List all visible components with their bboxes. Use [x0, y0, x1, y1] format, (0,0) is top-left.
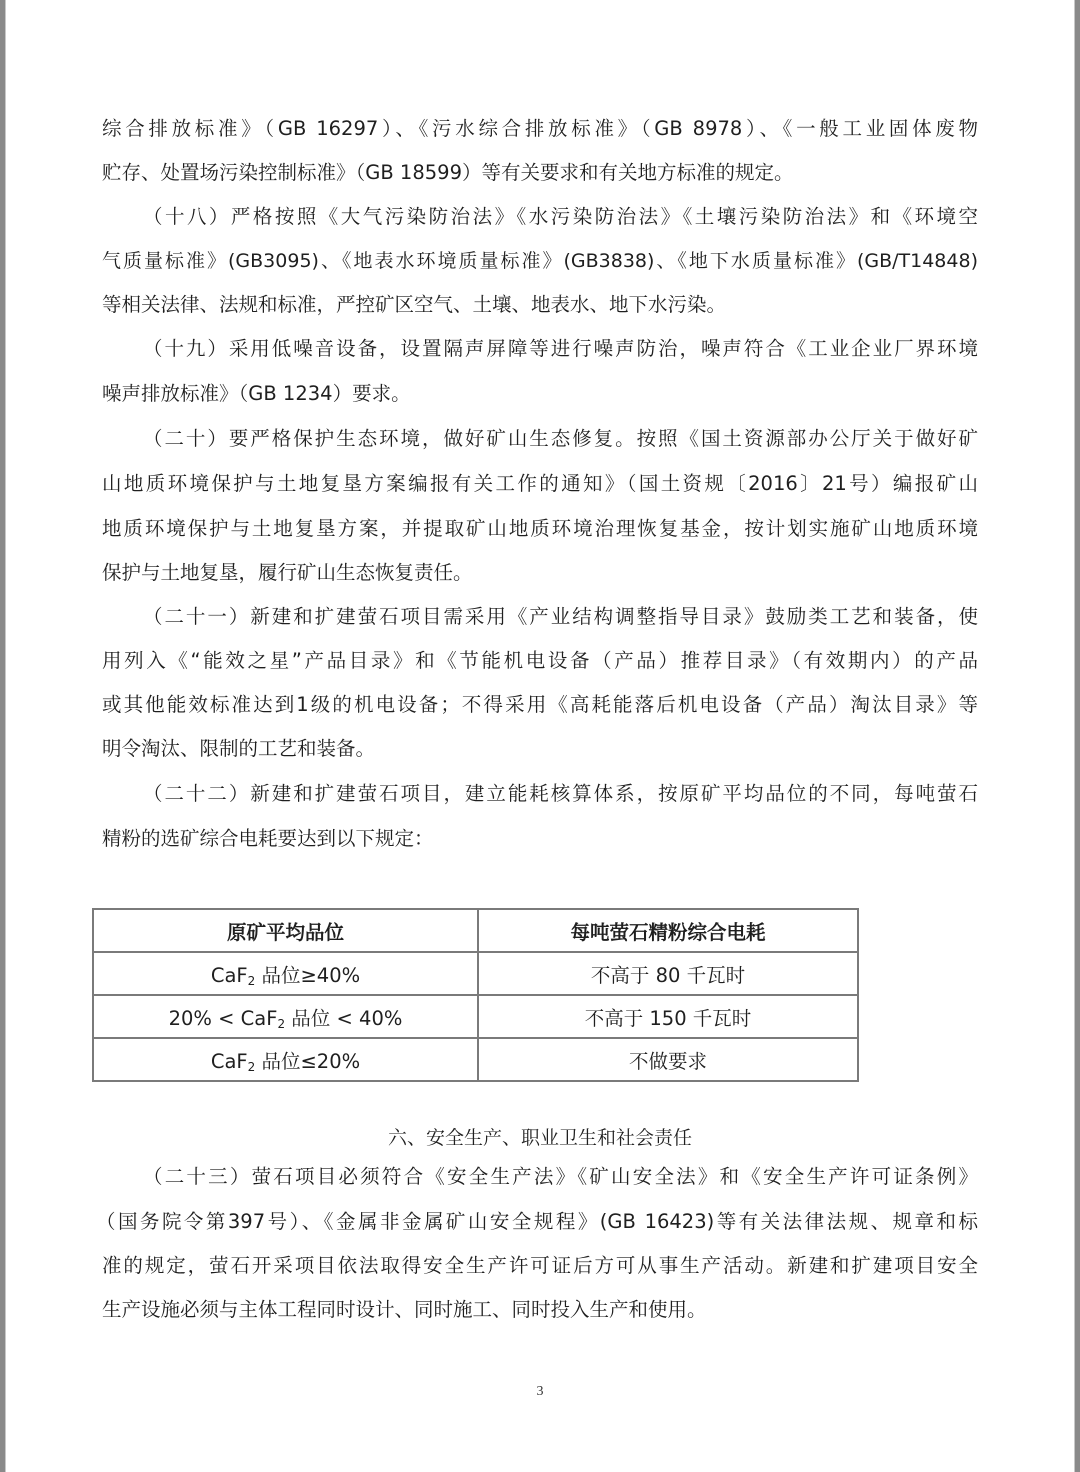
paragraph-22-line: （二十二）新建和扩建萤石项目，建立能耗核算体系，按原矿平均品位的不同，每吨萤石 [143, 779, 978, 809]
consumption-cell: 不高于 80 千瓦时 [478, 952, 858, 995]
text-line: 明令淘汰、限制的工艺和装备。 [102, 734, 978, 764]
section-title: 六、安全生产、职业卫生和社会责任 [102, 1123, 978, 1153]
text-line: （国务院令第397号）、《金属非金属矿山安全规程》(GB 16423)等有关法律… [96, 1207, 978, 1237]
page-number: 3 [0, 1384, 1080, 1400]
paragraph-19-line: （十九）采用低噪音设备，设置隔声屏障等进行噪声防治，噪声符合《工业企业厂界环境 [143, 334, 978, 364]
text-line: 贮存、处置场污染控制标准》（GB 18599）等有关要求和有关地方标准的规定。 [102, 158, 978, 188]
table-row: CaF2 品位≥40% 不高于 80 千瓦时 [93, 952, 858, 995]
text-line: 气质量标准》(GB3095)、《地表水环境质量标准》(GB3838)、《地下水质… [102, 246, 978, 276]
ore-grade-cell: CaF2 品位≤20% [93, 1038, 478, 1081]
table-row: 20% < CaF2 品位 < 40% 不高于 150 千瓦时 [93, 995, 858, 1038]
consumption-cell: 不做要求 [478, 1038, 858, 1081]
text-line: 等相关法律、法规和标准，严控矿区空气、土壤、地表水、地下水污染。 [102, 290, 978, 320]
paragraph-18-line: （十八）严格按照《大气污染防治法》《水污染防治法》《土壤污染防治法》和《环境空 [143, 202, 978, 232]
text-line: 生产设施必须与主体工程同时设计、同时施工、同时投入生产和使用。 [102, 1295, 978, 1325]
paragraph-20-line: （二十）要严格保护生态环境，做好矿山生态修复。按照《国土资源部办公厅关于做好矿 [143, 424, 978, 454]
text-line: 噪声排放标准》（GB 1234）要求。 [102, 379, 978, 409]
text-line: 地质环境保护与土地复垦方案，并提取矿山地质环境治理恢复基金，按计划实施矿山地质环… [102, 514, 978, 544]
text-line: 山地质环境保护与土地复垦方案编报有关工作的通知》（国土资规〔2016〕21号）编… [102, 469, 978, 499]
table-row: CaF2 品位≤20% 不做要求 [93, 1038, 858, 1081]
paragraph-21-line: （二十一）新建和扩建萤石项目需采用《产业结构调整指导目录》鼓励类工艺和装备，使 [143, 602, 978, 632]
table-header-row: 原矿平均品位 每吨萤石精粉综合电耗 [93, 909, 858, 952]
text-line: 或其他能效标准达到1级的机电设备；不得采用《高耗能落后机电设备（产品）淘汰目录》… [102, 690, 978, 720]
paragraph-23-line: （二十三）萤石项目必须符合《安全生产法》《矿山安全法》和《安全生产许可证条例》 [143, 1162, 978, 1192]
ore-grade-cell: 20% < CaF2 品位 < 40% [93, 995, 478, 1038]
power-consumption-table: 原矿平均品位 每吨萤石精粉综合电耗 CaF2 品位≥40% 不高于 80 千瓦时… [92, 908, 859, 1082]
text-line: 综合排放标准》（GB 16297）、《污水综合排放标准》（GB 8978）、《一… [102, 114, 978, 144]
column-header-power-consumption: 每吨萤石精粉综合电耗 [478, 909, 858, 952]
text-line: 用列入《“能效之星”产品目录》和《节能机电设备（产品）推荐目录》（有效期内）的产… [102, 646, 978, 676]
page-edge-right [1074, 0, 1080, 1472]
ore-grade-cell: CaF2 品位≥40% [93, 952, 478, 995]
text-line: 精粉的选矿综合电耗要达到以下规定： [102, 824, 978, 854]
consumption-cell: 不高于 150 千瓦时 [478, 995, 858, 1038]
text-line: 准的规定，萤石开采项目依法取得安全生产许可证后方可从事生产活动。新建和扩建项目安… [102, 1251, 978, 1281]
column-header-ore-grade: 原矿平均品位 [93, 909, 478, 952]
text-line: 保护与土地复垦，履行矿山生态恢复责任。 [102, 558, 978, 588]
